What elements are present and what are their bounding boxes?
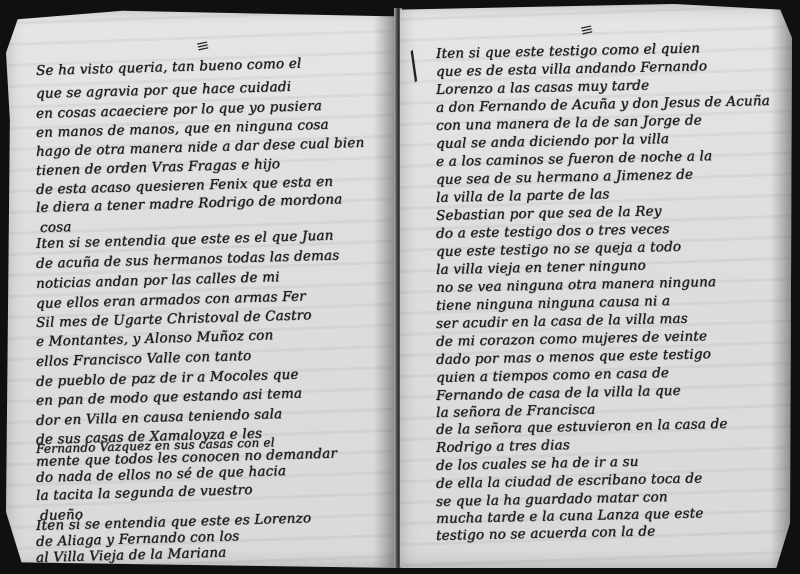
manuscript-line: Fernando de casa de la villa la que xyxy=(436,383,681,404)
manuscript-line: ellos Francisco Valle con tanto xyxy=(36,348,252,370)
manuscript-line: la villa vieja en tener ninguno xyxy=(436,258,646,278)
manuscript-line: Rodrigo a tres dias xyxy=(436,437,570,456)
manuscript-line: de acuña de sus hermanos todas las demas xyxy=(36,248,340,272)
right-page-text: Iten si que este testigo como el quien q… xyxy=(400,4,792,568)
manuscript-line: que se agravia por que hace cuidadi xyxy=(36,79,292,102)
manuscript-line: testigo no se acuerda con la de xyxy=(436,523,656,544)
right-page: ≡ / Iten si que este testigo como el qui… xyxy=(400,4,792,568)
manuscript-line: Sebastian por que sea de la Rey xyxy=(436,203,662,224)
manuscript-line: cosa xyxy=(40,219,72,236)
manuscript-line: de los cuales se ha de ir a su xyxy=(436,454,639,474)
manuscript-line: que sea de su hermano a Jimenez de xyxy=(436,167,693,188)
manuscript-line: no se vea ninguna otra manera ninguna xyxy=(436,274,716,296)
left-page: ≡ Se ha visto queria, tan bueno como el … xyxy=(6,8,395,568)
manuscript-scan: ≡ Se ha visto queria, tan bueno como el … xyxy=(0,0,800,574)
manuscript-line: la señora de Francisca xyxy=(436,402,596,421)
manuscript-line: dado por mas o menos que este testigo xyxy=(436,346,711,368)
manuscript-line: Lorenzo a las casas muy tarde xyxy=(436,78,650,98)
manuscript-line: la tacita la segunda de vuestro xyxy=(36,482,253,504)
manuscript-line: en pan de modo que estando asi tema xyxy=(36,386,303,409)
manuscript-line: e Montantes, y Alonso Muñoz con xyxy=(36,327,274,350)
manuscript-line: Se ha visto queria, tan bueno como el xyxy=(36,56,302,79)
manuscript-line: la villa de la parte de las xyxy=(436,186,610,206)
left-page-text: Se ha visto queria, tan bueno como el qu… xyxy=(6,8,395,568)
manuscript-line: que es de esta villa andando Fernando xyxy=(436,58,707,80)
manuscript-line: noticias andan por las calles de mi xyxy=(36,269,280,292)
